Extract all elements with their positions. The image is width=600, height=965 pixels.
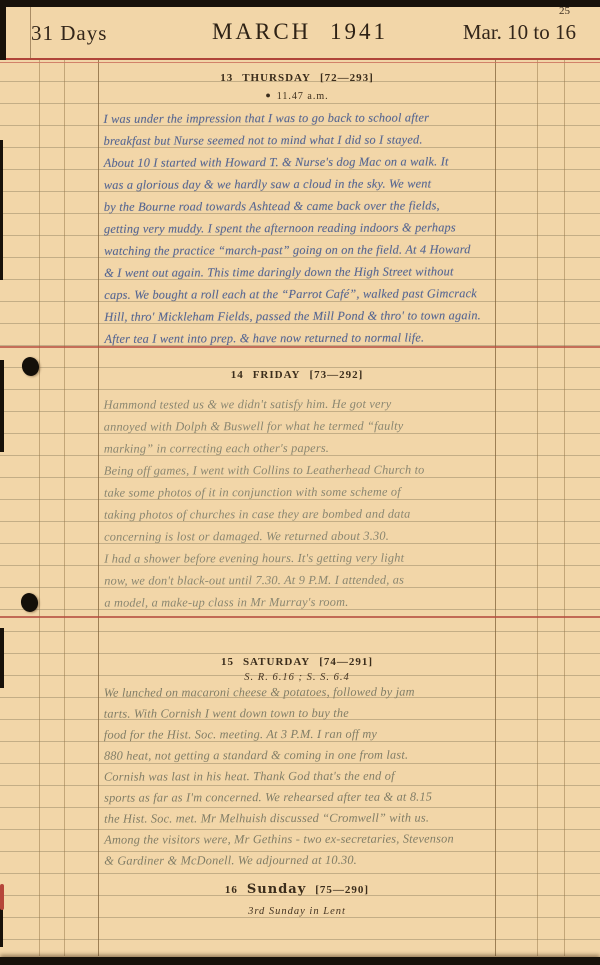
handwriting-line: breakfast but Nurse seemed not to mind w…: [104, 128, 496, 152]
entry-thursday-handwriting: I was under the impression that I was to…: [103, 106, 496, 350]
handwriting-line: Hammond tested us & we didn't satisfy hi…: [104, 392, 496, 415]
handwriting-line: & Gardiner & McDonell. We adjourned at 1…: [104, 849, 496, 871]
handwriting-line: We lunched on macaroni cheese & potatoes…: [104, 681, 496, 703]
entry-heading-friday: 14FRIDAY[73—292]: [99, 369, 495, 381]
entry-friday-handwriting: Hammond tested us & we didn't satisfy hi…: [104, 392, 497, 613]
red-ink-smudge: [0, 884, 4, 910]
day-name: FRIDAY: [253, 369, 301, 381]
handwriting-line: take some photos of it in conjunction wi…: [104, 480, 496, 503]
sunday-subtitle: 3rd Sunday in Lent: [99, 906, 495, 917]
moon-time: 11.47 a.m.: [277, 91, 329, 102]
handwriting-line: watching the practice “march-past” going…: [104, 238, 496, 262]
day-of-year: [74—291]: [319, 656, 373, 668]
handwriting-line: the Hist. Soc. met. Mr Melhuish discusse…: [104, 807, 496, 829]
moon-phase-line: ●11.47 a.m.: [99, 91, 495, 102]
day-number: 13: [220, 72, 233, 84]
vertical-rule: [537, 60, 538, 956]
day-number: 14: [231, 369, 244, 381]
day-name: THURSDAY: [242, 72, 311, 84]
handwriting-line: tarts. With Cornish I went down town to …: [104, 702, 496, 724]
handwriting-line: getting very muddy. I spent the afternoo…: [104, 216, 496, 240]
handwriting-line: food for the Hist. Soc. meeting. At 3 P.…: [104, 723, 496, 745]
handwriting-line: I had a shower before evening hours. It'…: [104, 546, 496, 569]
handwriting-line: & I went out again. This time daringly d…: [104, 260, 496, 284]
day-number: 16: [225, 884, 238, 896]
handwriting-line: annoyed with Dolph & Buswell for what he…: [104, 414, 496, 437]
left-margin-line: [98, 60, 99, 956]
handwriting-line: Being off games, I went with Collins to …: [104, 458, 496, 481]
day-number: 15: [221, 656, 234, 668]
day-of-year: [73—292]: [309, 369, 363, 381]
handwriting-line: marking” in correcting each other's pape…: [104, 436, 496, 459]
handwriting-line: now, we don't black-out until 7.30. At 9…: [104, 568, 496, 591]
header-red-rule: [0, 58, 600, 60]
handwriting-line: taking photos of churches in case they a…: [104, 502, 496, 525]
handwriting-line: 880 heat, not getting a standard & comin…: [104, 744, 496, 766]
vertical-rule: [564, 60, 565, 956]
handwriting-line: Among the visitors were, Mr Gethins - tw…: [104, 828, 496, 850]
handwriting-line: After tea I went into prep. & have now r…: [104, 326, 496, 350]
day-of-year: [75—290]: [315, 884, 369, 896]
header-red-rule-thin: [0, 62, 600, 63]
entry-heading-sunday: 16Sunday[75—290]: [99, 882, 495, 897]
entry-heading-saturday: 15SATURDAY[74—291]: [99, 656, 495, 668]
day-name: SATURDAY: [243, 656, 310, 668]
day-of-year: [72—293]: [320, 72, 374, 84]
day-name: Sunday: [247, 882, 306, 897]
handwriting-line: was a glorious day & we hardly saw a clo…: [104, 172, 496, 196]
handwriting-line: About 10 I started with Howard T. & Nurs…: [104, 150, 496, 174]
handwriting-line: sports as far as I'm concerned. We rehea…: [104, 786, 496, 808]
handwriting-line: caps. We bought a roll each at the “Parr…: [104, 282, 496, 306]
handwriting-line: by the Bourne road towards Ashtead & cam…: [104, 194, 496, 218]
handwriting-line: concerning is lost or damaged. We return…: [104, 524, 496, 547]
handwriting-line: Hill, thro' Mickleham Fields, passed the…: [104, 304, 496, 328]
vertical-rule: [64, 60, 65, 956]
handwriting-line: Cornish was last in his heat. Thank God …: [104, 765, 496, 787]
entry-saturday-handwriting: We lunched on macaroni cheese & potatoes…: [104, 681, 497, 871]
scan-edge-left: [0, 0, 6, 60]
scan-edge-left: [0, 905, 3, 947]
entry-heading-thursday: 13THURSDAY[72—293]: [99, 72, 495, 84]
scan-edge-top: [0, 0, 600, 7]
scan-edge-bottom: [0, 957, 600, 965]
scan-edge-left: [0, 628, 4, 688]
section-divider-red-rule: [0, 616, 600, 618]
handwriting-line: a model, a make-up class in Mr Murray's …: [104, 590, 496, 613]
handwriting-line: I was under the impression that I was to…: [103, 106, 495, 130]
scan-edge-left: [0, 360, 4, 452]
moon-phase-icon: ●: [265, 90, 271, 100]
week-range-label: Mar. 10 to 16: [463, 20, 576, 45]
scan-edge-left: [0, 140, 3, 280]
diary-page: 25 31 Days MARCH 1941 Mar. 10 to 16 13TH…: [0, 0, 600, 965]
vertical-rule: [39, 60, 40, 956]
